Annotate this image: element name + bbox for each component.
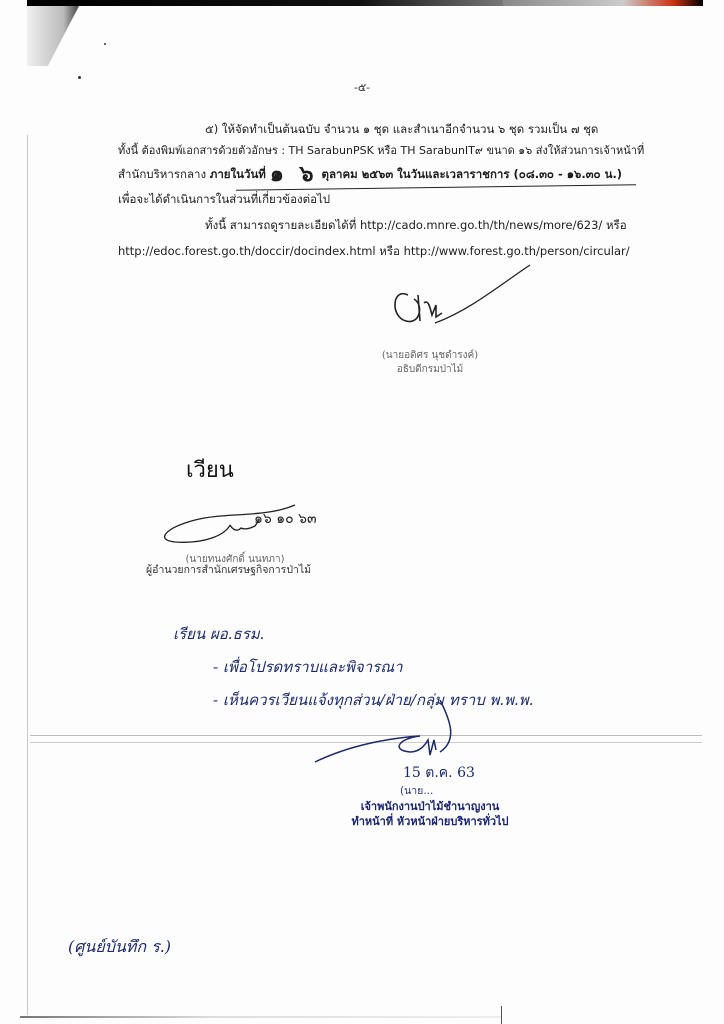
handwritten-footer-note: (ศูนย์บันทึก ร.)	[68, 935, 171, 960]
scan-speck	[104, 43, 106, 45]
circulate-heading: เวียน	[186, 452, 234, 487]
paragraph-5-line-1: ๕) ให้จัดทำเป็นต้นฉบับ จำนวน ๑ ชุด และสำ…	[205, 120, 598, 139]
handwritten-note-line-1: เรียน ผอ.ธรม.	[173, 622, 264, 646]
signatory-3-handwritten-date: 15 ต.ค. 63	[403, 762, 475, 784]
scan-border-top	[27, 0, 503, 6]
paragraph-5-deadline-rest: ตุลาคม ๒๕๖๓ ในวันและเวลาราชการ (๐๘.๓๐ - …	[317, 167, 622, 181]
scan-left-edge	[27, 135, 28, 1015]
paragraph-5-line-2: ทั้งนี้ ต้องพิมพ์เอกสารด้วยตัวอักษร : TH…	[118, 141, 644, 160]
details-line-1: ทั้งนี้ สามารถดูรายละเอียดได้ที่ http://…	[205, 216, 627, 235]
officer-signature	[300, 700, 480, 770]
paragraph-5-deadline-label: ภายในวันที่	[210, 167, 270, 181]
signatory-3-role: ทำหน้าที่ หัวหน้าฝ่ายบริหารทั่วไป	[330, 812, 530, 830]
paragraph-5-line-3: สำนักบริหารกลาง ภายในวันที่ ๑ ๖ ตุลาคม ๒…	[118, 165, 622, 184]
signatory-2-handwritten-date: ๑๖ ๑๐ ๖๓	[254, 508, 317, 530]
paragraph-5-line-4: เพื่อจะได้ดำเนินการในส่วนที่เกี่ยวข้องต่…	[118, 190, 330, 209]
paragraph-5-deadline-day: ๑ ๖	[270, 162, 318, 187]
scan-edge-mark	[501, 1006, 502, 1024]
signatory-2-title: ผู้อำนวยการสำนักเศรษฐกิจการป่าไม้	[146, 561, 311, 580]
signatory-1-title: อธิบดีกรมป่าไม้	[360, 362, 500, 377]
director-signature	[380, 255, 570, 330]
page-number: -๕-	[0, 78, 724, 96]
scan-page-edge-shadow	[27, 6, 79, 66]
scan-border-top-right	[503, 0, 703, 6]
scan-border-bottom	[20, 1016, 502, 1018]
signatory-1-name: (นายอดิศร นุชดำรงค์)	[360, 348, 500, 363]
handwritten-note-line-2: - เพื่อโปรดทราบและพิจารณา	[213, 655, 403, 679]
paragraph-5-office: สำนักบริหารกลาง	[118, 167, 210, 181]
